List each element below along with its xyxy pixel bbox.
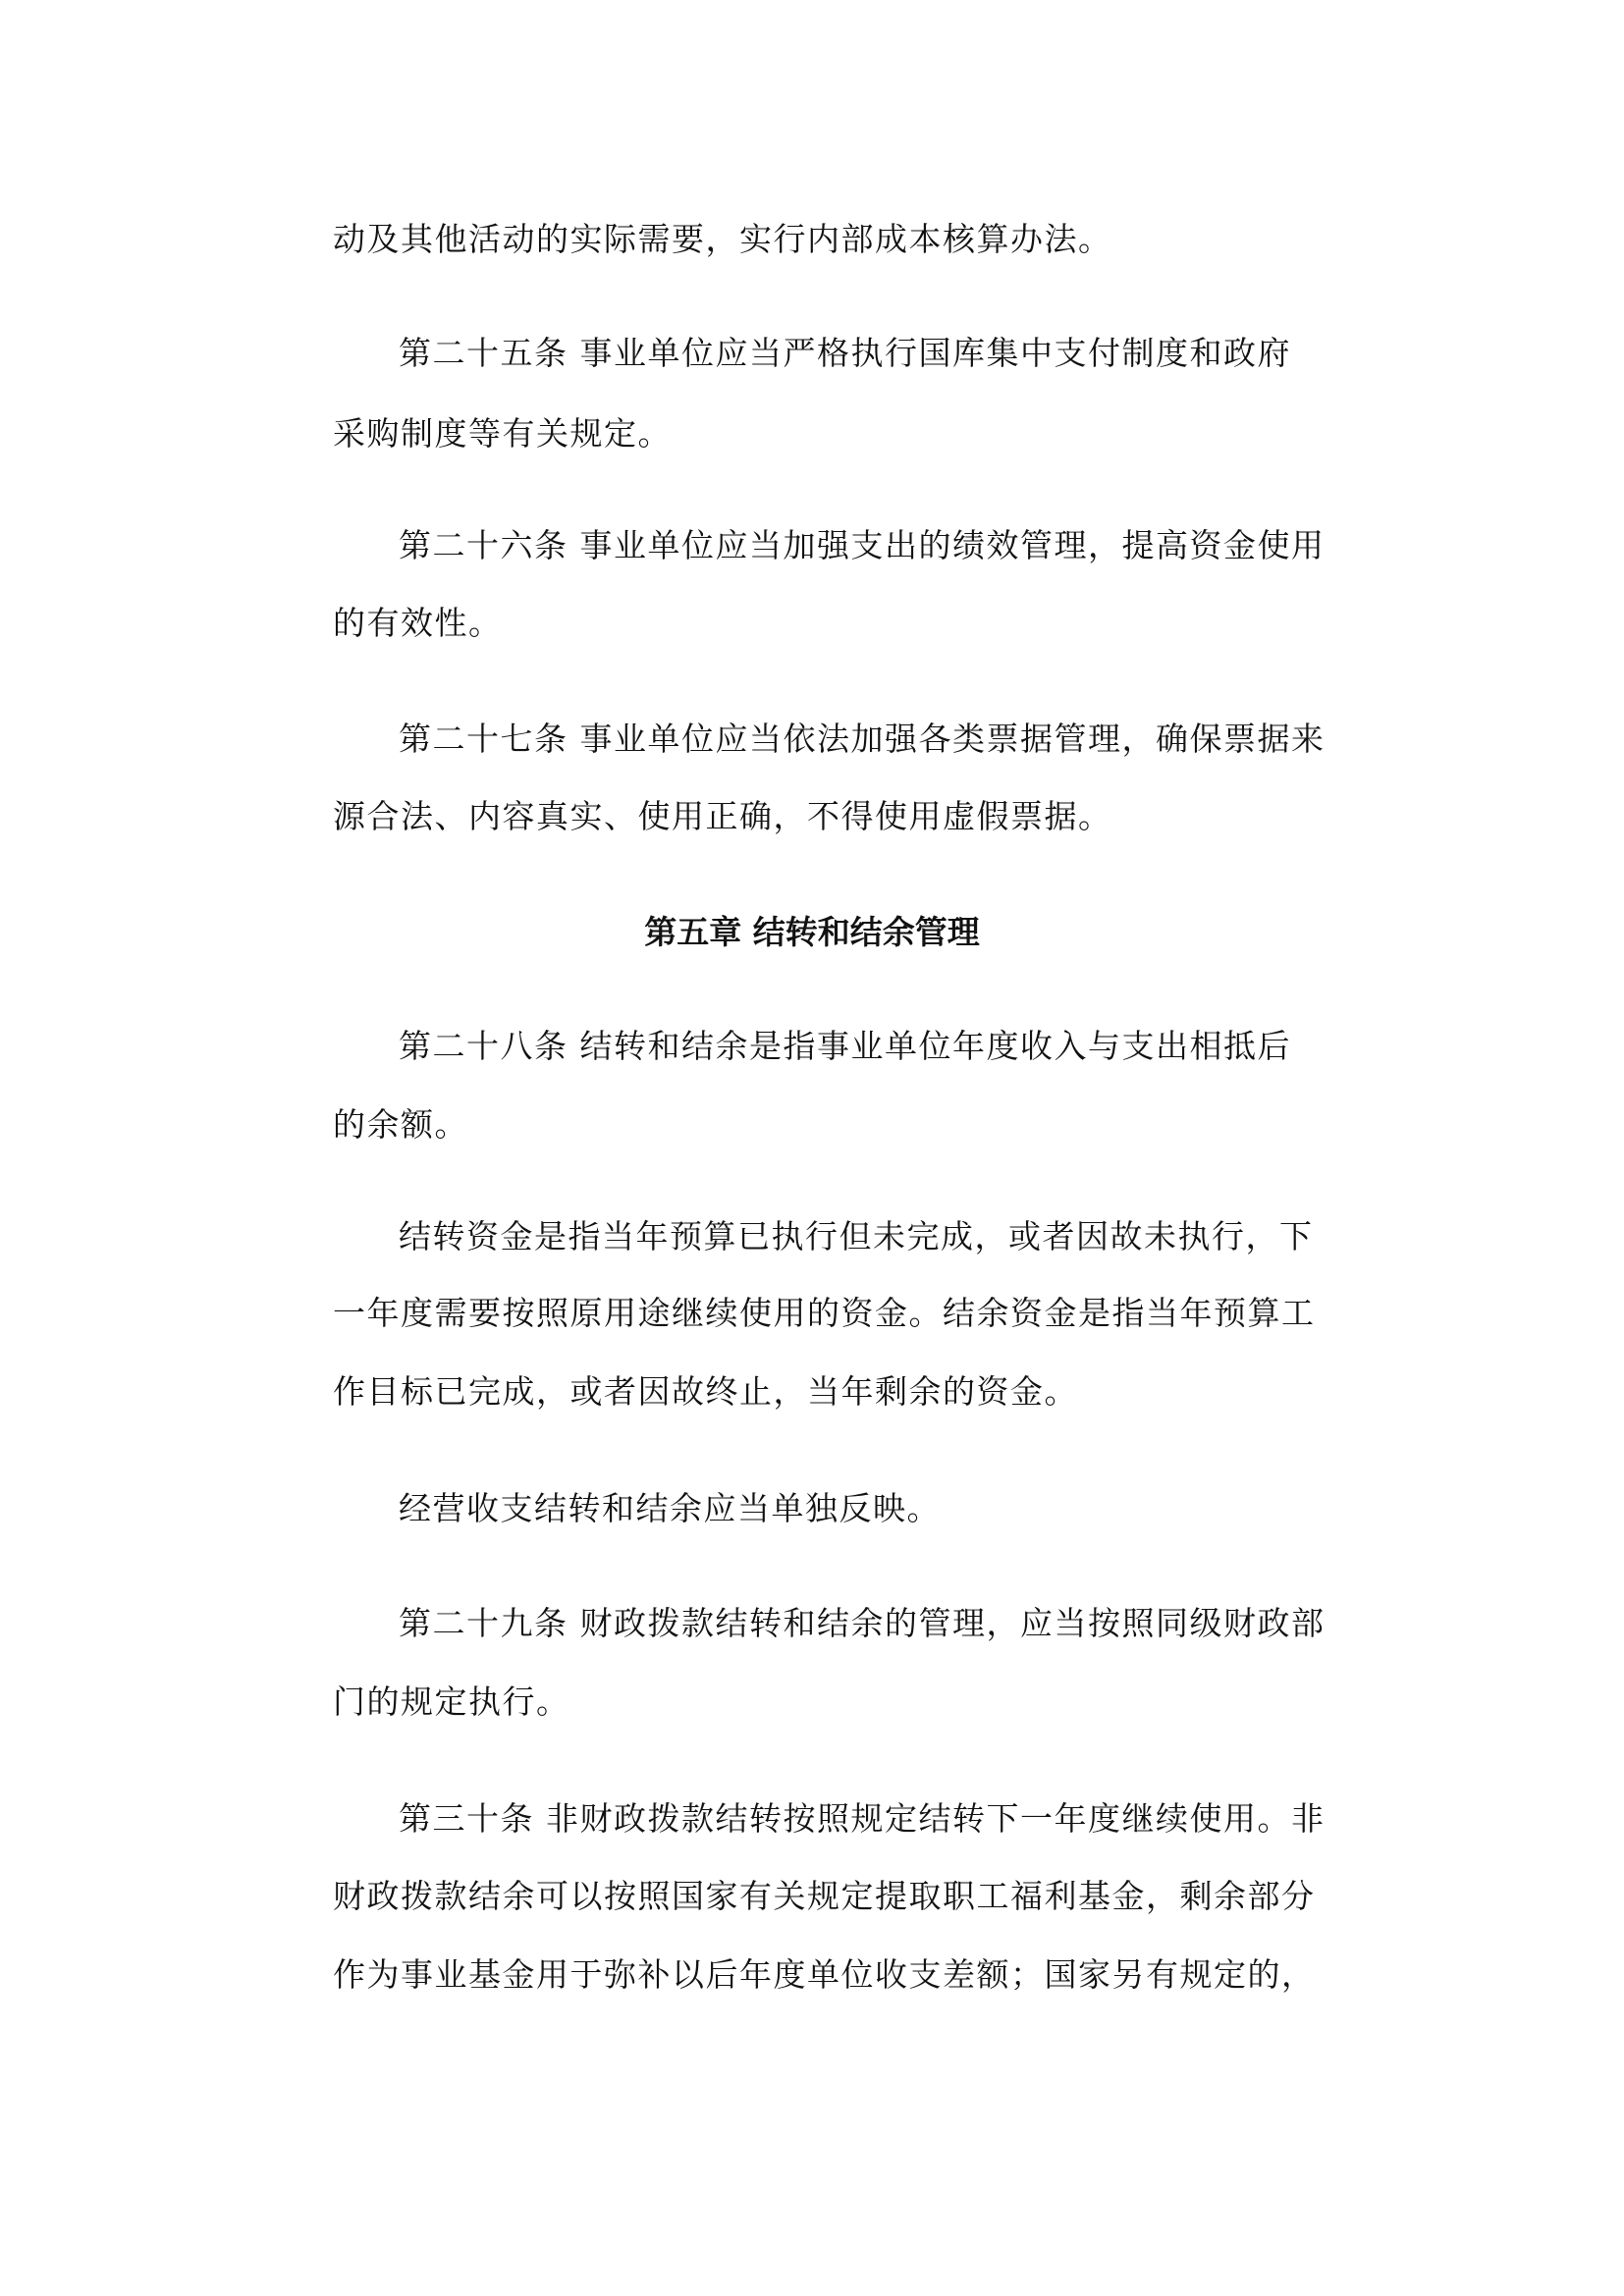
paragraph-line: 作目标已完成，或者因故终止，当年剩余的资金。 xyxy=(333,1372,1078,1412)
paragraph-line: 动及其他活动的实际需要，实行内部成本核算办法。 xyxy=(333,220,1112,259)
article-28-line-2: 的余额。 xyxy=(333,1105,468,1145)
article-25-line-2: 采购制度等有关规定。 xyxy=(333,414,672,454)
article-30-line-3: 作为事业基金用于弥补以后年度单位收支差额；国家另有规定的， xyxy=(333,1955,1316,1995)
paragraph-line: 结转资金是指当年预算已执行但未完成，或者因故未执行，下 xyxy=(399,1217,1314,1256)
article-27-line-2: 源合法、内容真实、使用正确，不得使用虚假票据。 xyxy=(333,797,1112,836)
article-29-line-1: 第二十九条 财政拨款结转和结余的管理，应当按照同级财政部 xyxy=(399,1604,1326,1643)
article-27-line-1: 第二十七条 事业单位应当依法加强各类票据管理，确保票据来 xyxy=(399,720,1326,759)
paragraph-line: 经营收支结转和结余应当单独反映。 xyxy=(399,1489,941,1528)
article-25-line-1: 第二十五条 事业单位应当严格执行国库集中支付制度和政府 xyxy=(399,334,1291,373)
chapter-title: 第五章 结转和结余管理 xyxy=(0,913,1624,952)
article-28-line-1: 第二十八条 结转和结余是指事业单位年度收入与支出相抵后 xyxy=(399,1027,1291,1066)
article-26-line-1: 第二十六条 事业单位应当加强支出的绩效管理，提高资金使用 xyxy=(399,526,1326,565)
paragraph-line: 一年度需要按照原用途继续使用的资金。结余资金是指当年预算工 xyxy=(333,1294,1316,1333)
article-30-line-2: 财政拨款结余可以按照国家有关规定提取职工福利基金，剩余部分 xyxy=(333,1877,1316,1916)
article-30-line-1: 第三十条 非财政拨款结转按照规定结转下一年度继续使用。非 xyxy=(399,1799,1326,1839)
article-26-line-2: 的有效性。 xyxy=(333,604,503,643)
article-29-line-2: 门的规定执行。 xyxy=(333,1682,570,1722)
